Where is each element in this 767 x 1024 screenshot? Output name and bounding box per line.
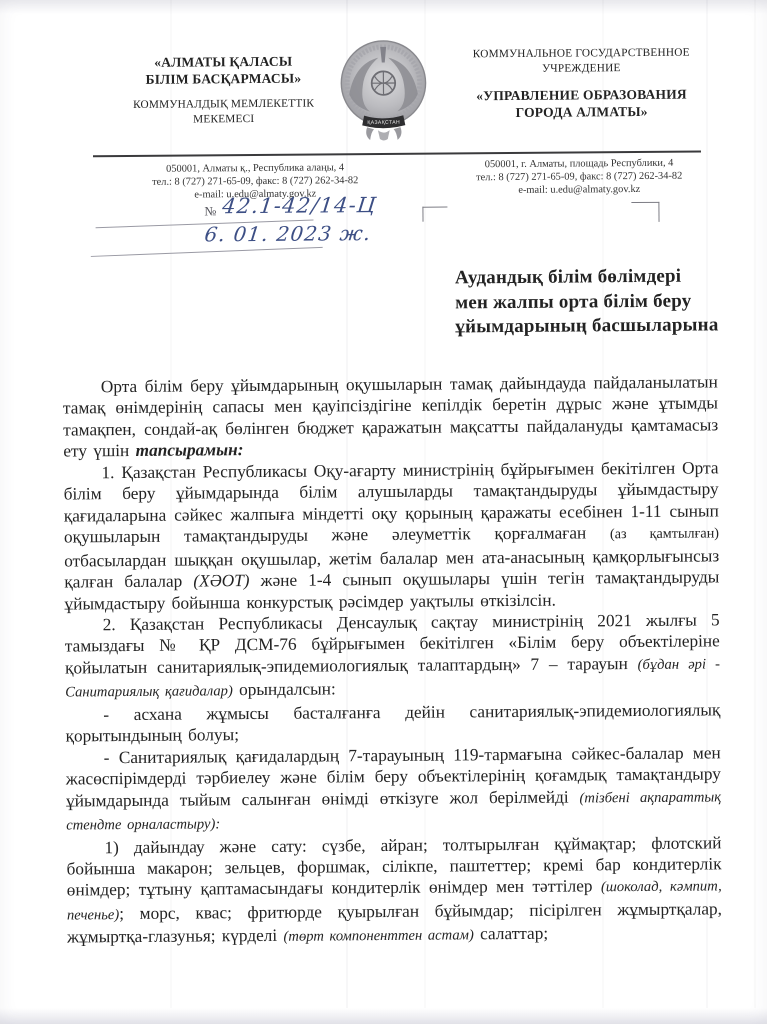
org-left-type-line1: КОММУНАЛДЫҚ МЕМЛЕКЕТТІК <box>106 96 342 112</box>
text-run: - асхана жұмысы басталғанға дейін санита… <box>65 700 720 746</box>
org-right-name: «УПРАВЛЕНИЕ ОБРАЗОВАНИЯ ГОРОДА АЛМАТЫ» <box>443 85 719 121</box>
body-paragraph-dash2: - Санитариялық қағидалардың 7-тарауының … <box>66 742 722 837</box>
text-run: салаттар; <box>474 924 548 944</box>
org-left-name: «АЛМАТЫ ҚАЛАСЫ БІЛІМ БАСҚАРМАСЫ» <box>105 52 341 88</box>
letter-body: Орта білім беру ұйымдарының оқушыларын т… <box>63 371 722 950</box>
doc-number-handwritten: 42.1-42/14-Ц <box>221 193 378 218</box>
body-paragraph-intro: Орта білім беру ұйымдарының оқушыларын т… <box>63 371 719 462</box>
text-run: (төрт компоненттен астам) <box>283 928 473 945</box>
scanned-letter-page: { "colors": { "ink": "#232323", "handwri… <box>0 0 767 1024</box>
body-paragraph-item1: 1. Қазақстан Республикасы Оқу-ағарту мин… <box>63 457 719 614</box>
addressee-corner-mark-right <box>631 202 659 222</box>
addressee-corner-mark-left <box>422 206 447 221</box>
org-left-name-line1: «АЛМАТЫ ҚАЛАСЫ <box>105 52 341 71</box>
org-left-name-line2: БІЛІМ БАСҚАРМАСЫ» <box>105 69 341 88</box>
scan-edge-bottom <box>0 1008 767 1024</box>
doc-date-handwritten: 6. 01. 2023 ж. <box>203 221 373 246</box>
body-paragraph-item2: 2. Қазақстан Республикасы Денсаулық сақт… <box>65 609 721 704</box>
org-right-name-line2: ГОРОДА АЛМАТЫ» <box>444 102 720 121</box>
body-paragraph-list1: 1) дайындау және сату: сүзбе, айран; тол… <box>66 832 722 950</box>
org-right-type-line1: КОММУНАЛЬНОЕ ГОСУДАРСТВЕННОЕ <box>443 45 719 62</box>
org-block-left: «АЛМАТЫ ҚАЛАСЫ БІЛІМ БАСҚАРМАСЫ» КОММУНА… <box>105 52 342 127</box>
addressee-block: Аудандық білім бөлімдері мен жалпы орта … <box>455 264 720 340</box>
contact-right-email: e-mail: u.edu@almaty.gov.kz <box>426 183 732 199</box>
text-run: орындалсын: <box>233 680 336 700</box>
text-run: (ХӘОТ) <box>193 571 249 590</box>
body-paragraph-dash1: - асхана жұмысы басталғанға дейін санита… <box>65 699 720 747</box>
org-right-type: КОММУНАЛЬНОЕ ГОСУДАРСТВЕННОЕ УЧРЕЖДЕНИЕ <box>443 45 719 76</box>
document-content: «АЛМАТЫ ҚАЛАСЫ БІЛІМ БАСҚАРМАСЫ» КОММУНА… <box>0 0 767 1024</box>
text-run: тапсырамын: <box>136 440 244 460</box>
addressee-line2: мен жалпы орта білім беру <box>455 289 719 316</box>
registration-ruled-line <box>91 247 323 257</box>
kazakhstan-emblem-icon: ҚАЗАҚСТАН <box>334 32 433 147</box>
org-right-name-line1: «УПРАВЛЕНИЕ ОБРАЗОВАНИЯ <box>443 85 719 104</box>
org-left-type: КОММУНАЛДЫҚ МЕМЛЕКЕТТІК МЕКЕМЕСІ <box>106 96 342 127</box>
org-right-type-line2: УЧРЕЖДЕНИЕ <box>443 60 719 77</box>
addressee-line3: ұйымдарының басшыларына <box>455 314 719 341</box>
text-run: 2. Қазақстан Республикасы Денсаулық сақт… <box>65 610 720 677</box>
emblem-banner-text: ҚАЗАҚСТАН <box>367 120 400 126</box>
contact-block-right: 050001, г. Алматы, площадь Республики, 4… <box>426 156 732 198</box>
text-run: (аз қамтылған) <box>610 526 719 543</box>
org-block-right: КОММУНАЛЬНОЕ ГОСУДАРСТВЕННОЕ УЧРЕЖДЕНИЕ … <box>443 45 720 121</box>
org-left-type-line2: МЕКЕМЕСІ <box>106 111 342 127</box>
number-sign: № <box>204 204 216 219</box>
addressee-line1: Аудандық білім бөлімдері <box>455 264 719 291</box>
